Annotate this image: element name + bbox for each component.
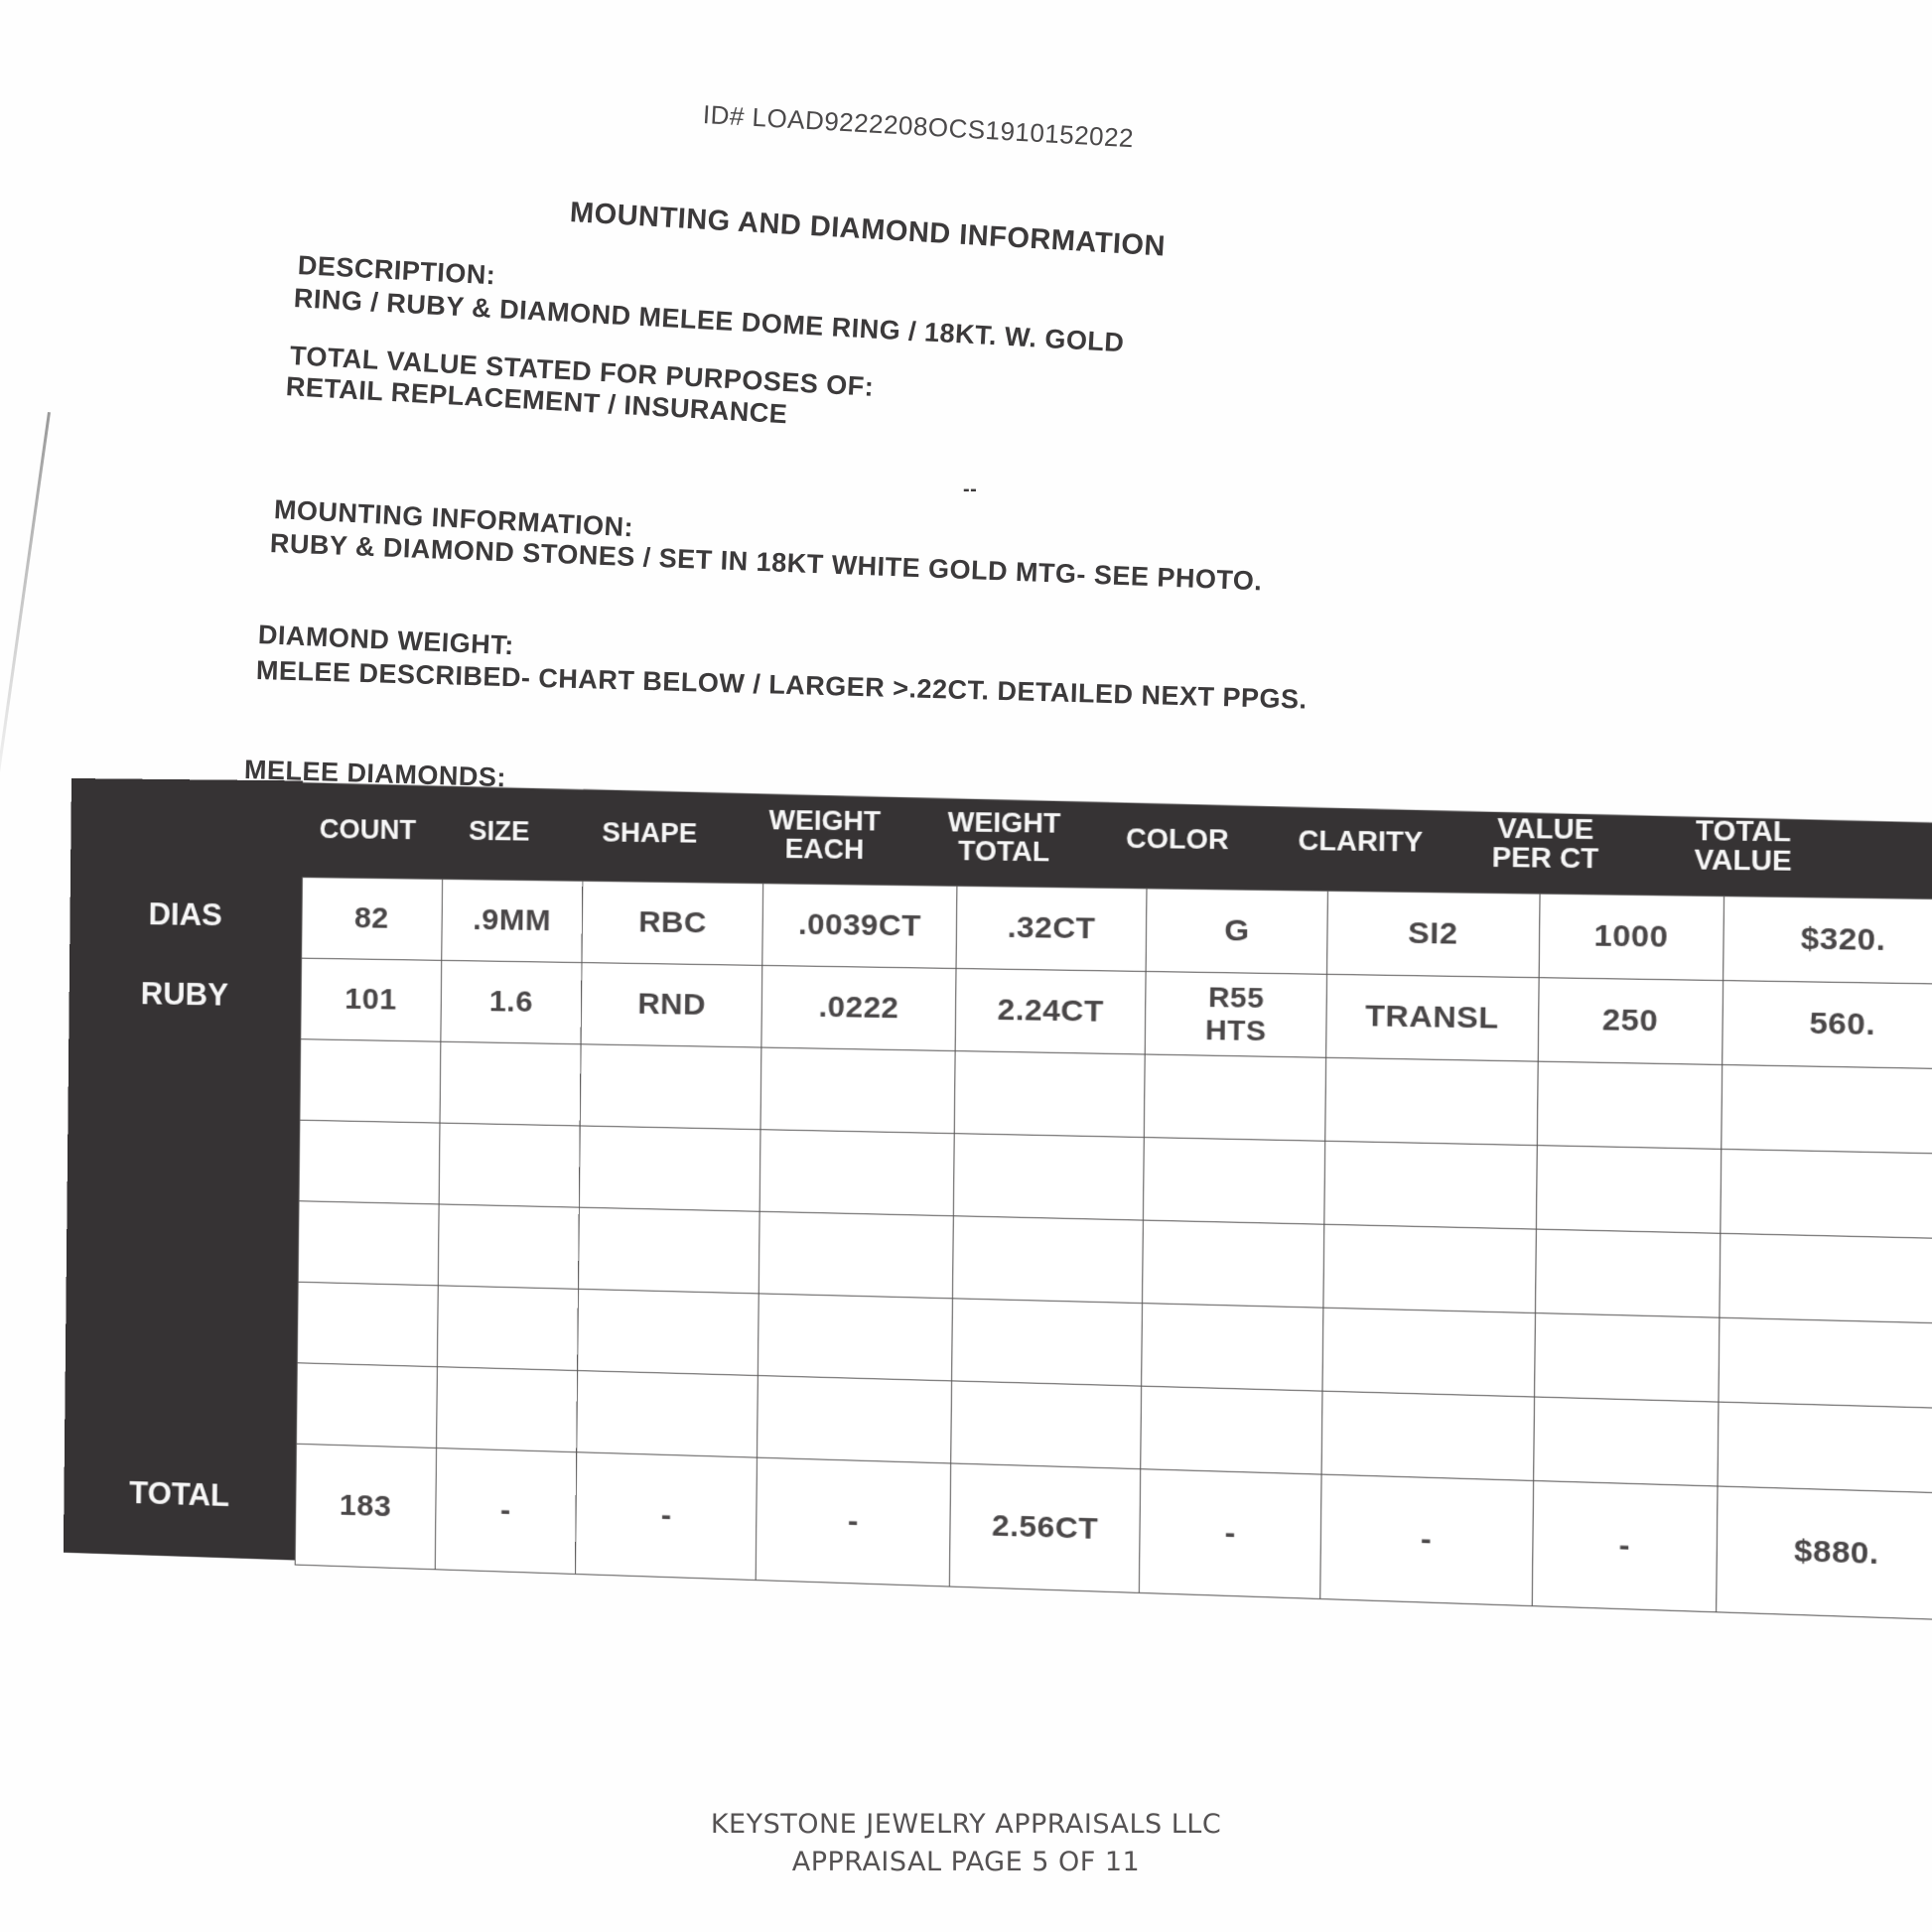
table-cell [1145,1054,1326,1141]
table-cell [1537,1061,1723,1149]
table-cell [440,1041,582,1126]
table-cell [953,1134,1144,1220]
table-cell [438,1204,580,1289]
table-cell [579,1207,760,1294]
table-cell [1141,1386,1322,1474]
table-cell: 1000 [1539,894,1725,980]
table-cell [296,1363,437,1449]
column-header: WEIGHTEACH [734,785,915,885]
row-label: RUBY [69,975,301,1015]
table-cell: - [757,1457,951,1587]
table-cell [1720,1233,1932,1323]
page-title: MOUNTING AND DIAMOND INFORMATION [569,197,1167,264]
melee-table: COUNTSIZESHAPEWEIGHTEACHWEIGHTTOTALCOLOR… [64,778,1932,1627]
column-header: COUNT [302,780,434,878]
separator-dash: -- [963,479,977,501]
table-cell [1722,1064,1932,1154]
table-cell [758,1376,952,1463]
table-cell: .9MM [441,879,583,962]
table-cell [954,1051,1145,1138]
mounting-value: RUBY & DIAMOND STONES / SET IN 18KT WHIT… [269,528,1263,597]
table-cell [436,1367,578,1452]
table-cell [759,1294,953,1381]
footer-page-number: APPRAISAL PAGE 5 OF 11 [0,1847,1932,1877]
table-cell [299,1120,440,1204]
diamond-weight-value: MELEE DESCRIBED- CHART BELOW / LARGER >.… [256,655,1308,716]
table-cell: $320. [1724,897,1932,985]
table-cell: SI2 [1327,891,1540,977]
table-cell [1534,1313,1720,1403]
table-cell: 560. [1723,981,1932,1069]
table-cell: 101 [301,958,442,1041]
table-cell [1321,1391,1534,1480]
table-cell [760,1130,955,1216]
column-header: SIZE [433,782,566,881]
table-cell [580,1126,761,1211]
document-id: ID# LOAD9222208OCS1910152022 [702,99,1135,154]
table-cell [952,1299,1143,1386]
table-cell [759,1211,954,1299]
table-cell: - [1140,1469,1321,1599]
table-cell [1323,1224,1536,1312]
table-cell [1325,1057,1538,1145]
table-cell [1718,1402,1932,1493]
table-cell [300,1039,441,1123]
table-cell [577,1371,759,1458]
table-cell: .0222 [761,965,956,1050]
table-cell: - [1320,1474,1533,1606]
table-cell [297,1282,438,1366]
diamond-weight-label: DIAMOND WEIGHT: [257,620,514,661]
table-cell [1536,1146,1722,1234]
table-cell [1144,1138,1325,1225]
appraisal-page: ID# LOAD9222208OCS1910152022 MOUNTING AN… [0,0,1932,1932]
table-cell: RBC [582,881,763,965]
table-cell [439,1123,581,1207]
column-header: SHAPE [565,783,735,883]
table-cell: G [1147,889,1328,974]
table-cell [1719,1317,1932,1409]
table-cell: .0039CT [762,884,957,969]
column-header: VALUEPER CT [1458,793,1632,895]
table-cell: $880. [1717,1486,1932,1620]
table-cell: RND [581,963,762,1047]
column-header: WEIGHTTOTAL [914,787,1093,888]
table-cell [953,1216,1144,1304]
table-cell [581,1044,762,1130]
table-cell [1142,1304,1323,1392]
table-cell [1324,1141,1537,1229]
table-cell: 250 [1538,978,1724,1065]
table-cell: .32CT [956,886,1147,971]
row-label: TOTAL [64,1473,295,1516]
column-header: COLOR [1092,789,1262,890]
table-cell: 1.6 [441,960,583,1043]
table-cell [1535,1229,1721,1317]
row-label: DIAS [69,896,301,934]
table-cell: - [1532,1480,1719,1611]
table-cell [298,1201,439,1286]
table-cell [437,1286,579,1371]
table-cell [578,1289,759,1375]
table-cell [1533,1397,1719,1486]
table-cell: 82 [302,878,443,961]
table-cell: TRANSL [1326,974,1539,1061]
table-cell: 2.56CT [949,1463,1141,1592]
table-cell: 183 [295,1444,436,1569]
column-header: CLARITY [1262,791,1460,893]
table-cell [951,1381,1142,1469]
table-cell: - [435,1448,577,1574]
table-cell [760,1047,955,1134]
column-header: TOTALVALUE [1631,795,1856,897]
table-cell [1721,1149,1932,1238]
table-grid: 82.9MMRBC.0039CT.32CTGSI21000$320.1011.6… [295,877,1932,1620]
table-cell: - [576,1452,758,1581]
footer-company: KEYSTONE JEWELRY APPRAISALS LLC [0,1809,1932,1840]
table-cell [1322,1308,1535,1397]
table-cell: R55HTS [1146,971,1327,1057]
page-edge-shadow [0,412,51,825]
table-cell [1143,1220,1324,1308]
table-cell: 2.24CT [955,968,1146,1054]
